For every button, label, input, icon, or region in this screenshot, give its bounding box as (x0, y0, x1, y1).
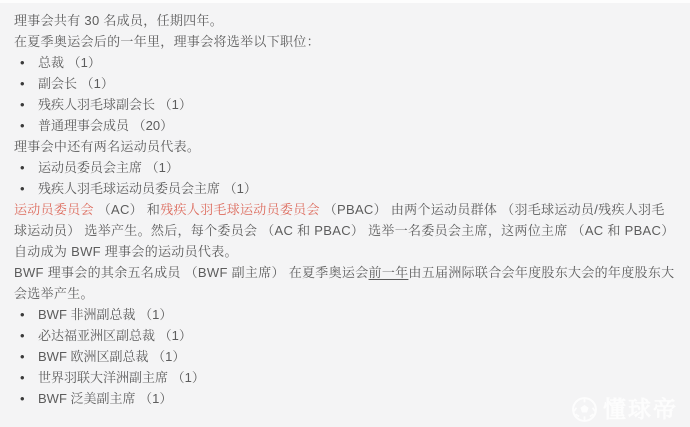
list-item: • BWF 非洲副总裁 （1） (14, 304, 676, 325)
bullet-icon: • (18, 52, 38, 73)
list-item-label: 残疾人羽毛球副会长 （1） (38, 94, 192, 115)
link-para-badminton-athletes-commission[interactable]: 残疾人羽毛球运动员委员会 (160, 202, 320, 217)
list-vice-presidents: • BWF 非洲副总裁 （1） • 必达福亚洲区副总裁 （1） • BWF 欧洲… (14, 304, 676, 409)
list-item-label: 世界羽联大洋洲副主席 （1） (38, 367, 205, 388)
bullet-icon: • (18, 388, 38, 409)
paragraph-athlete-reps-intro: 理事会中还有两名运动员代表。 (14, 136, 676, 157)
list-athlete-reps: • 运动员委员会主席 （1） • 残疾人羽毛球运动员委员会主席 （1） (14, 157, 676, 199)
list-item: • BWF 欧洲区副总裁 （1） (14, 346, 676, 367)
list-item-label: 副会长 （1） (38, 73, 114, 94)
list-item: • 总裁 （1） (14, 52, 676, 73)
article-page: 理事会共有 30 名成员，任期四年。 在夏季奥运会后的一年里，理事会将选举以下职… (0, 0, 690, 427)
link-athletes-commission[interactable]: 运动员委员会 (14, 202, 94, 217)
paragraph-text: BWF 理事会的其余五名成员 （BWF 副主席） 在夏季奥运会 (14, 265, 369, 280)
list-item: • 残疾人羽毛球副会长 （1） (14, 94, 676, 115)
list-item: • 副会长 （1） (14, 73, 676, 94)
bullet-icon: • (18, 367, 38, 388)
list-item: • 运动员委员会主席 （1） (14, 157, 676, 178)
bullet-icon: • (18, 346, 38, 367)
list-item: • 世界羽联大洋洲副主席 （1） (14, 367, 676, 388)
page-top-edge (0, 0, 690, 3)
list-item-label: 总裁 （1） (38, 52, 101, 73)
list-item: • BWF 泛美副主席 （1） (14, 388, 676, 409)
bullet-icon: • (18, 73, 38, 94)
list-item: • 必达福亚洲区副总裁 （1） (14, 325, 676, 346)
list-item-label: BWF 欧洲区副总裁 （1） (38, 346, 185, 367)
bullet-icon: • (18, 157, 38, 178)
bullet-icon: • (18, 325, 38, 346)
list-item-label: BWF 非洲副总裁 （1） (38, 304, 172, 325)
list-item: • 残疾人羽毛球运动员委员会主席 （1） (14, 178, 676, 199)
list-elected-positions: • 总裁 （1） • 副会长 （1） • 残疾人羽毛球副会长 （1） • 普通理… (14, 52, 676, 136)
list-item: • 普通理事会成员 （20） (14, 115, 676, 136)
bullet-icon: • (18, 94, 38, 115)
bullet-icon: • (18, 115, 38, 136)
list-item-label: 运动员委员会主席 （1） (38, 157, 179, 178)
link-year-before[interactable]: 前一年 (369, 265, 409, 280)
paragraph-election-intro: 在夏季奥运会后的一年里，理事会将选举以下职位： (14, 31, 676, 52)
list-item-label: 普通理事会成员 （20） (38, 115, 173, 136)
paragraph-vice-presidents: BWF 理事会的其余五名成员 （BWF 副主席） 在夏季奥运会前一年由五届洲际联… (14, 262, 676, 304)
list-item-label: 残疾人羽毛球运动员委员会主席 （1） (38, 178, 257, 199)
paragraph-council-size: 理事会共有 30 名成员，任期四年。 (14, 10, 676, 31)
bullet-icon: • (18, 304, 38, 325)
bullet-icon: • (18, 178, 38, 199)
paragraph-text: （AC） 和 (94, 202, 160, 217)
list-item-label: BWF 泛美副主席 （1） (38, 388, 172, 409)
paragraph-committees: 运动员委员会 （AC） 和残疾人羽毛球运动员委员会 （PBAC） 由两个运动员群… (14, 199, 676, 262)
list-item-label: 必达福亚洲区副总裁 （1） (38, 325, 192, 346)
